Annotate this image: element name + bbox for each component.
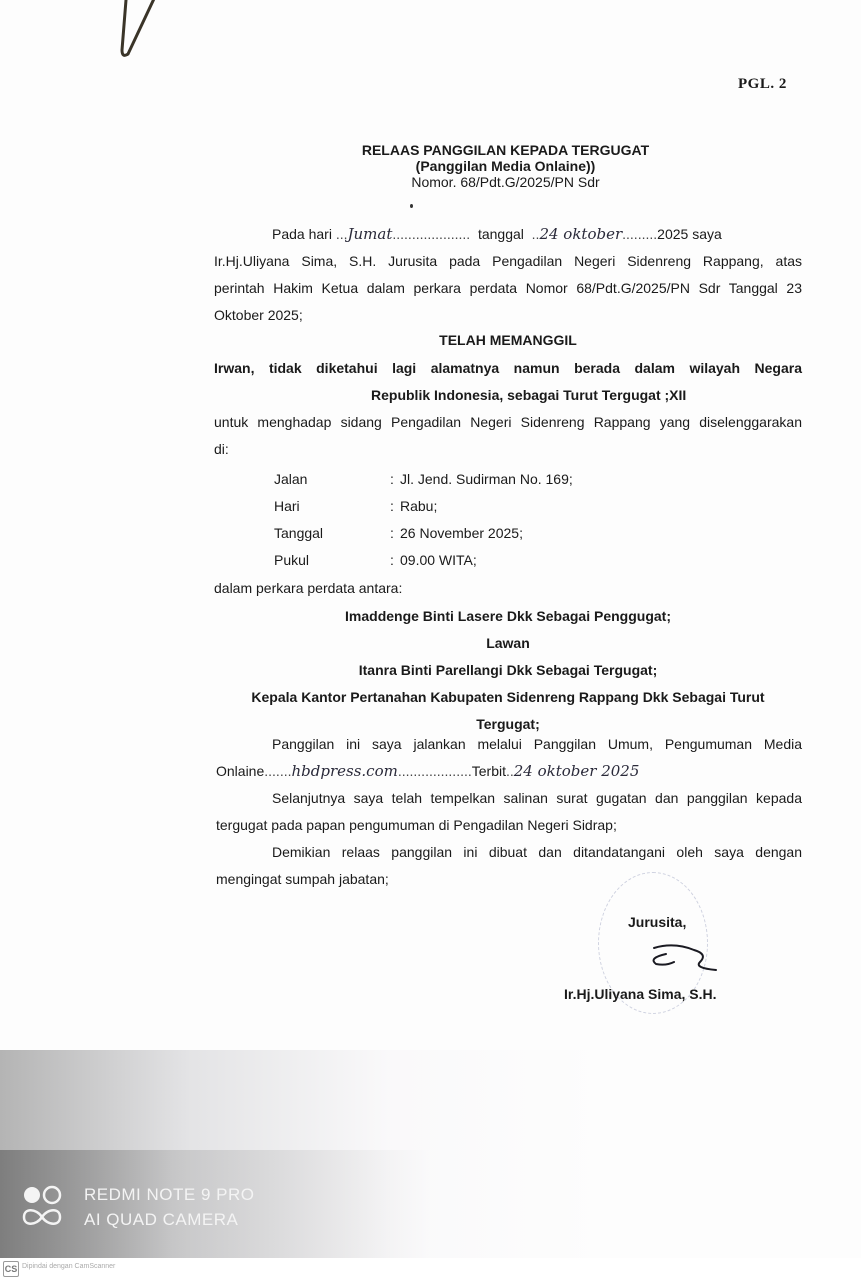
- versus: Lawan: [214, 633, 802, 653]
- scanner-footer: CS Dipindai dengan CamScanner: [0, 1258, 861, 1280]
- ink-dot: [410, 204, 413, 208]
- plaintiff: Imaddenge Binti Lasere Dkk Sebagai Pengg…: [214, 606, 802, 626]
- co-defendant: Kepala Kantor Pertanahan Kabupaten Siden…: [214, 687, 802, 707]
- document-page: PGL. 2 RELAAS PANGGILAN KEPADA TERGUGAT …: [0, 0, 861, 1258]
- case-number: Nomor. 68/Pdt.G/2025/PN Sdr: [0, 174, 861, 190]
- camscanner-logo-icon: CS: [3, 1261, 19, 1277]
- document-title: RELAAS PANGGILAN KEPADA TERGUGAT: [0, 142, 861, 158]
- handwritten-date: 24 oktober: [539, 225, 622, 243]
- handwritten-publish-date: 24 oktober 2025: [514, 762, 640, 780]
- signatory-title: Jurusita,: [628, 914, 686, 930]
- scanner-footer-text: Dipindai dengan CamScanner: [22, 1263, 115, 1270]
- opening-line-1: Pada hari ...Jumat.................... t…: [214, 224, 802, 244]
- document-header: RELAAS PANGGILAN KEPADA TERGUGAT (Panggi…: [0, 142, 861, 190]
- document-subtitle: (Panggilan Media Onlaine)): [0, 158, 861, 174]
- page-label: PGL. 2: [738, 76, 787, 93]
- staple-mark: [112, 0, 172, 80]
- signatory-name: Ir.Hj.Uliyana Sima, S.H.: [564, 986, 717, 1002]
- defendant: Itanra Binti Parellangi Dkk Sebagai Terg…: [214, 660, 802, 680]
- handwritten-day: Jumat: [348, 225, 393, 243]
- camera-logo-icon: [22, 1184, 66, 1228]
- handwritten-media: hbdpress.com: [292, 762, 398, 780]
- handwritten-signature: [644, 944, 724, 974]
